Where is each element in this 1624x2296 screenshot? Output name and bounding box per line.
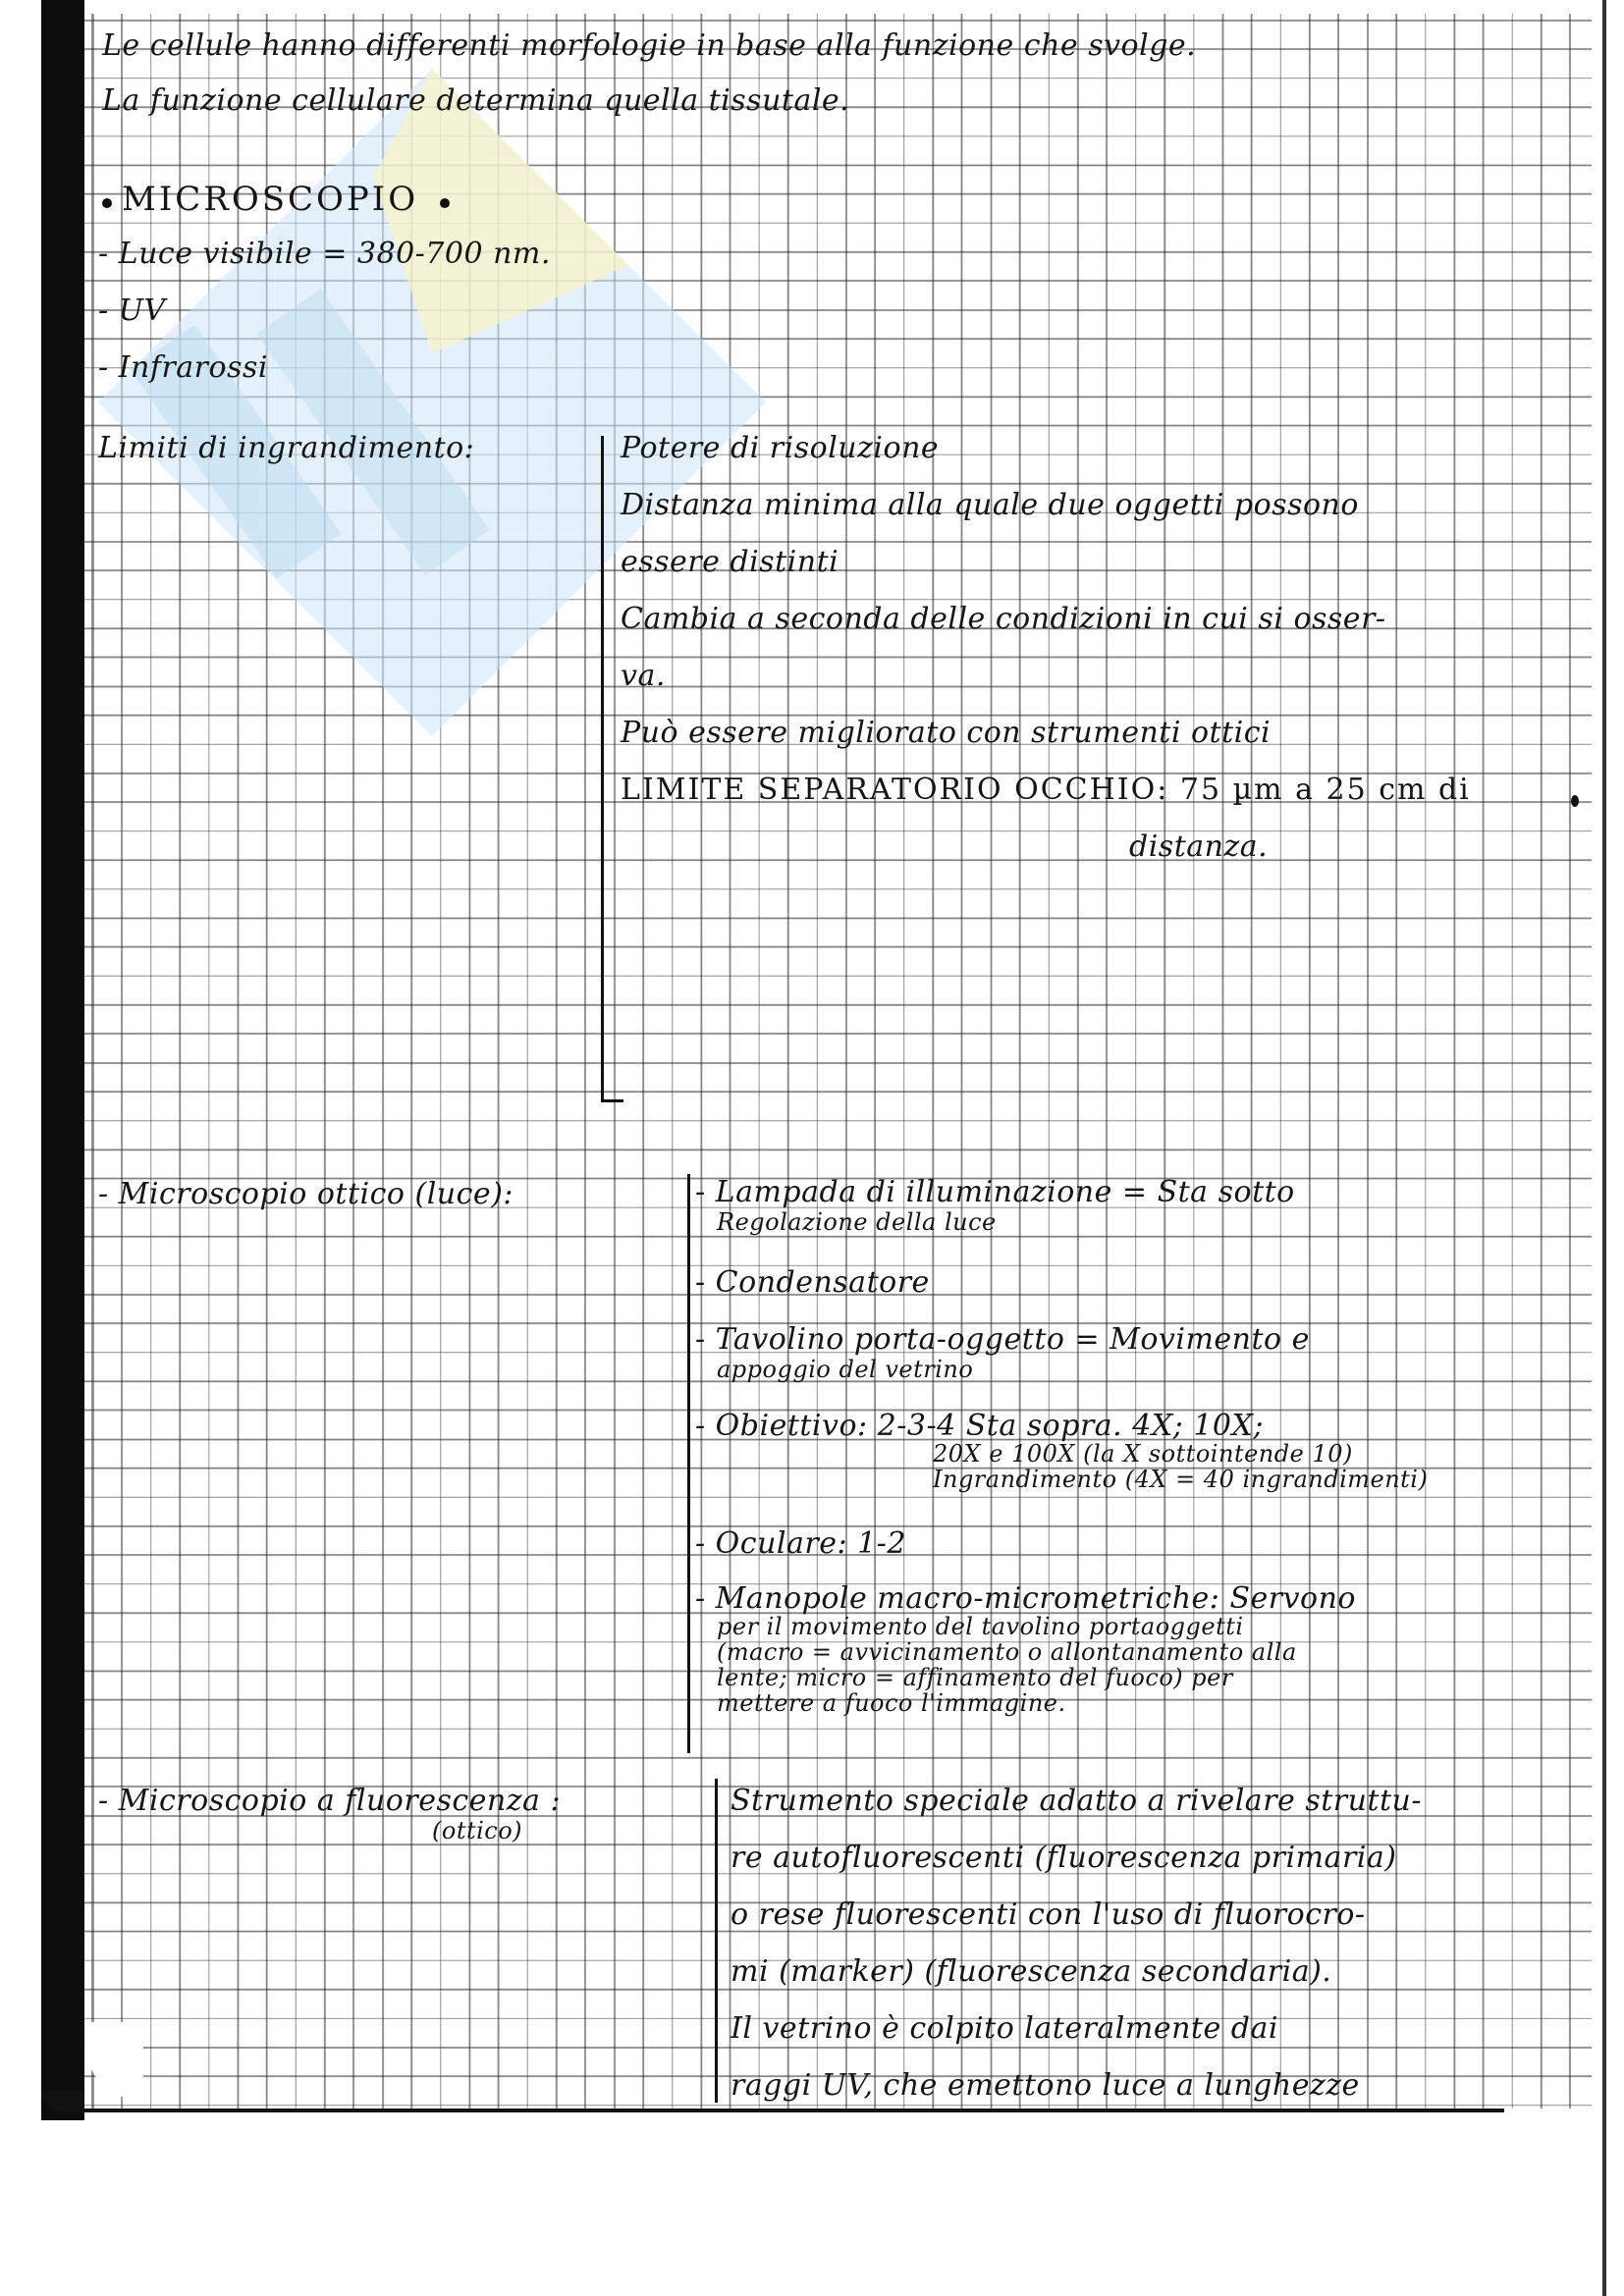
limits-line: essere distinti [621, 546, 839, 579]
limits-line: Distanza minima alla quale due oggetti p… [621, 489, 1359, 522]
limits-label: Limiti di ingrandimento: [98, 432, 474, 465]
fluorescence-microscope-sublabel: (ottico) [432, 1818, 522, 1843]
intro-line-1: Le cellule hanno differenti morfologie i… [102, 29, 1196, 63]
optical-item-knobs-cont4: mettere a fuoco l'immagine. [717, 1690, 1066, 1716]
optical-item-condenser: - Condensatore [695, 1266, 930, 1300]
optical-item-lamp-cont: Regolazione della luce [717, 1209, 997, 1235]
limits-bracket [601, 436, 623, 1102]
optical-item-knobs-cont2: (macro = avvicinamento o allontanamento … [717, 1639, 1297, 1665]
optical-item-objective-cont2: Ingrandimento (4X = 40 ingrandimenti) [933, 1467, 1428, 1492]
intro-line-2: La funzione cellulare determina quella t… [102, 84, 849, 118]
limits-line: Potere di risoluzione [621, 432, 939, 465]
bullet-icon [102, 198, 112, 208]
light-item-uv: - UV [98, 294, 166, 328]
optical-item-objective: - Obiettivo: 2-3-4 Sta sopra. 4X; 10X; [695, 1410, 1264, 1443]
optical-item-stage: - Tavolino porta-oggetto = Movimento e [695, 1323, 1310, 1357]
optical-bracket [687, 1174, 690, 1753]
section-title: MICROSCOPIO [122, 183, 418, 216]
bullet-icon [440, 198, 450, 208]
optical-item-knobs: - Manopole macro-micrometriche: Servono [695, 1582, 1356, 1616]
scan-edge-right [1602, 0, 1606, 2296]
optical-item-eyepiece: - Oculare: 1-2 [695, 1527, 906, 1561]
fluorescence-bracket [715, 1779, 718, 2103]
fluorescence-line: mi (marker) (fluorescenza secondaria). [731, 1955, 1331, 1989]
light-item-infrared: - Infrarossi [98, 351, 268, 385]
fluorescence-line: Il vetrino è colpito lateralmente dai [731, 2012, 1278, 2046]
limits-line-separator: LIMITE SEPARATORIO OCCHIO: 75 µm a 25 cm… [621, 774, 1471, 807]
limits-line: va. [621, 660, 666, 693]
fluorescence-line: raggi UV, che emettono luce a lunghezze [731, 2069, 1360, 2103]
scan-edge-left [41, 0, 84, 2120]
optical-item-knobs-cont: per il movimento del tavolino portaogget… [717, 1614, 1244, 1639]
optical-microscope-label: - Microscopio ottico (luce): [98, 1178, 514, 1211]
fluorescence-line: re autofluorescenti (fluorescenza primar… [731, 1842, 1396, 1875]
limits-line: Cambia a seconda delle condizioni in cui… [621, 603, 1386, 636]
limits-line: Può essere migliorato con strumenti otti… [621, 717, 1271, 750]
optical-item-stage-cont: appoggio del vetrino [717, 1357, 973, 1382]
light-item-visible: - Luce visibile = 380-700 nm. [98, 238, 551, 271]
fluorescence-microscope-label: - Microscopio a fluorescenza : [98, 1785, 561, 1818]
fluorescence-line: Strumento speciale adatto a rivelare str… [731, 1785, 1422, 1818]
margin-mark-icon [1571, 795, 1579, 807]
optical-item-objective-cont: 20X e 100X (la X sottointende 10) [933, 1441, 1353, 1467]
optical-item-knobs-cont3: lente; micro = affinamento del fuoco) pe… [717, 1665, 1233, 1690]
optical-item-lamp: - Lampada di illuminazione = Sta sotto [695, 1176, 1295, 1209]
fluorescence-line: o rese fluorescenti con l'uso di fluoroc… [731, 1898, 1366, 1932]
limits-line: distanza. [1129, 830, 1268, 864]
